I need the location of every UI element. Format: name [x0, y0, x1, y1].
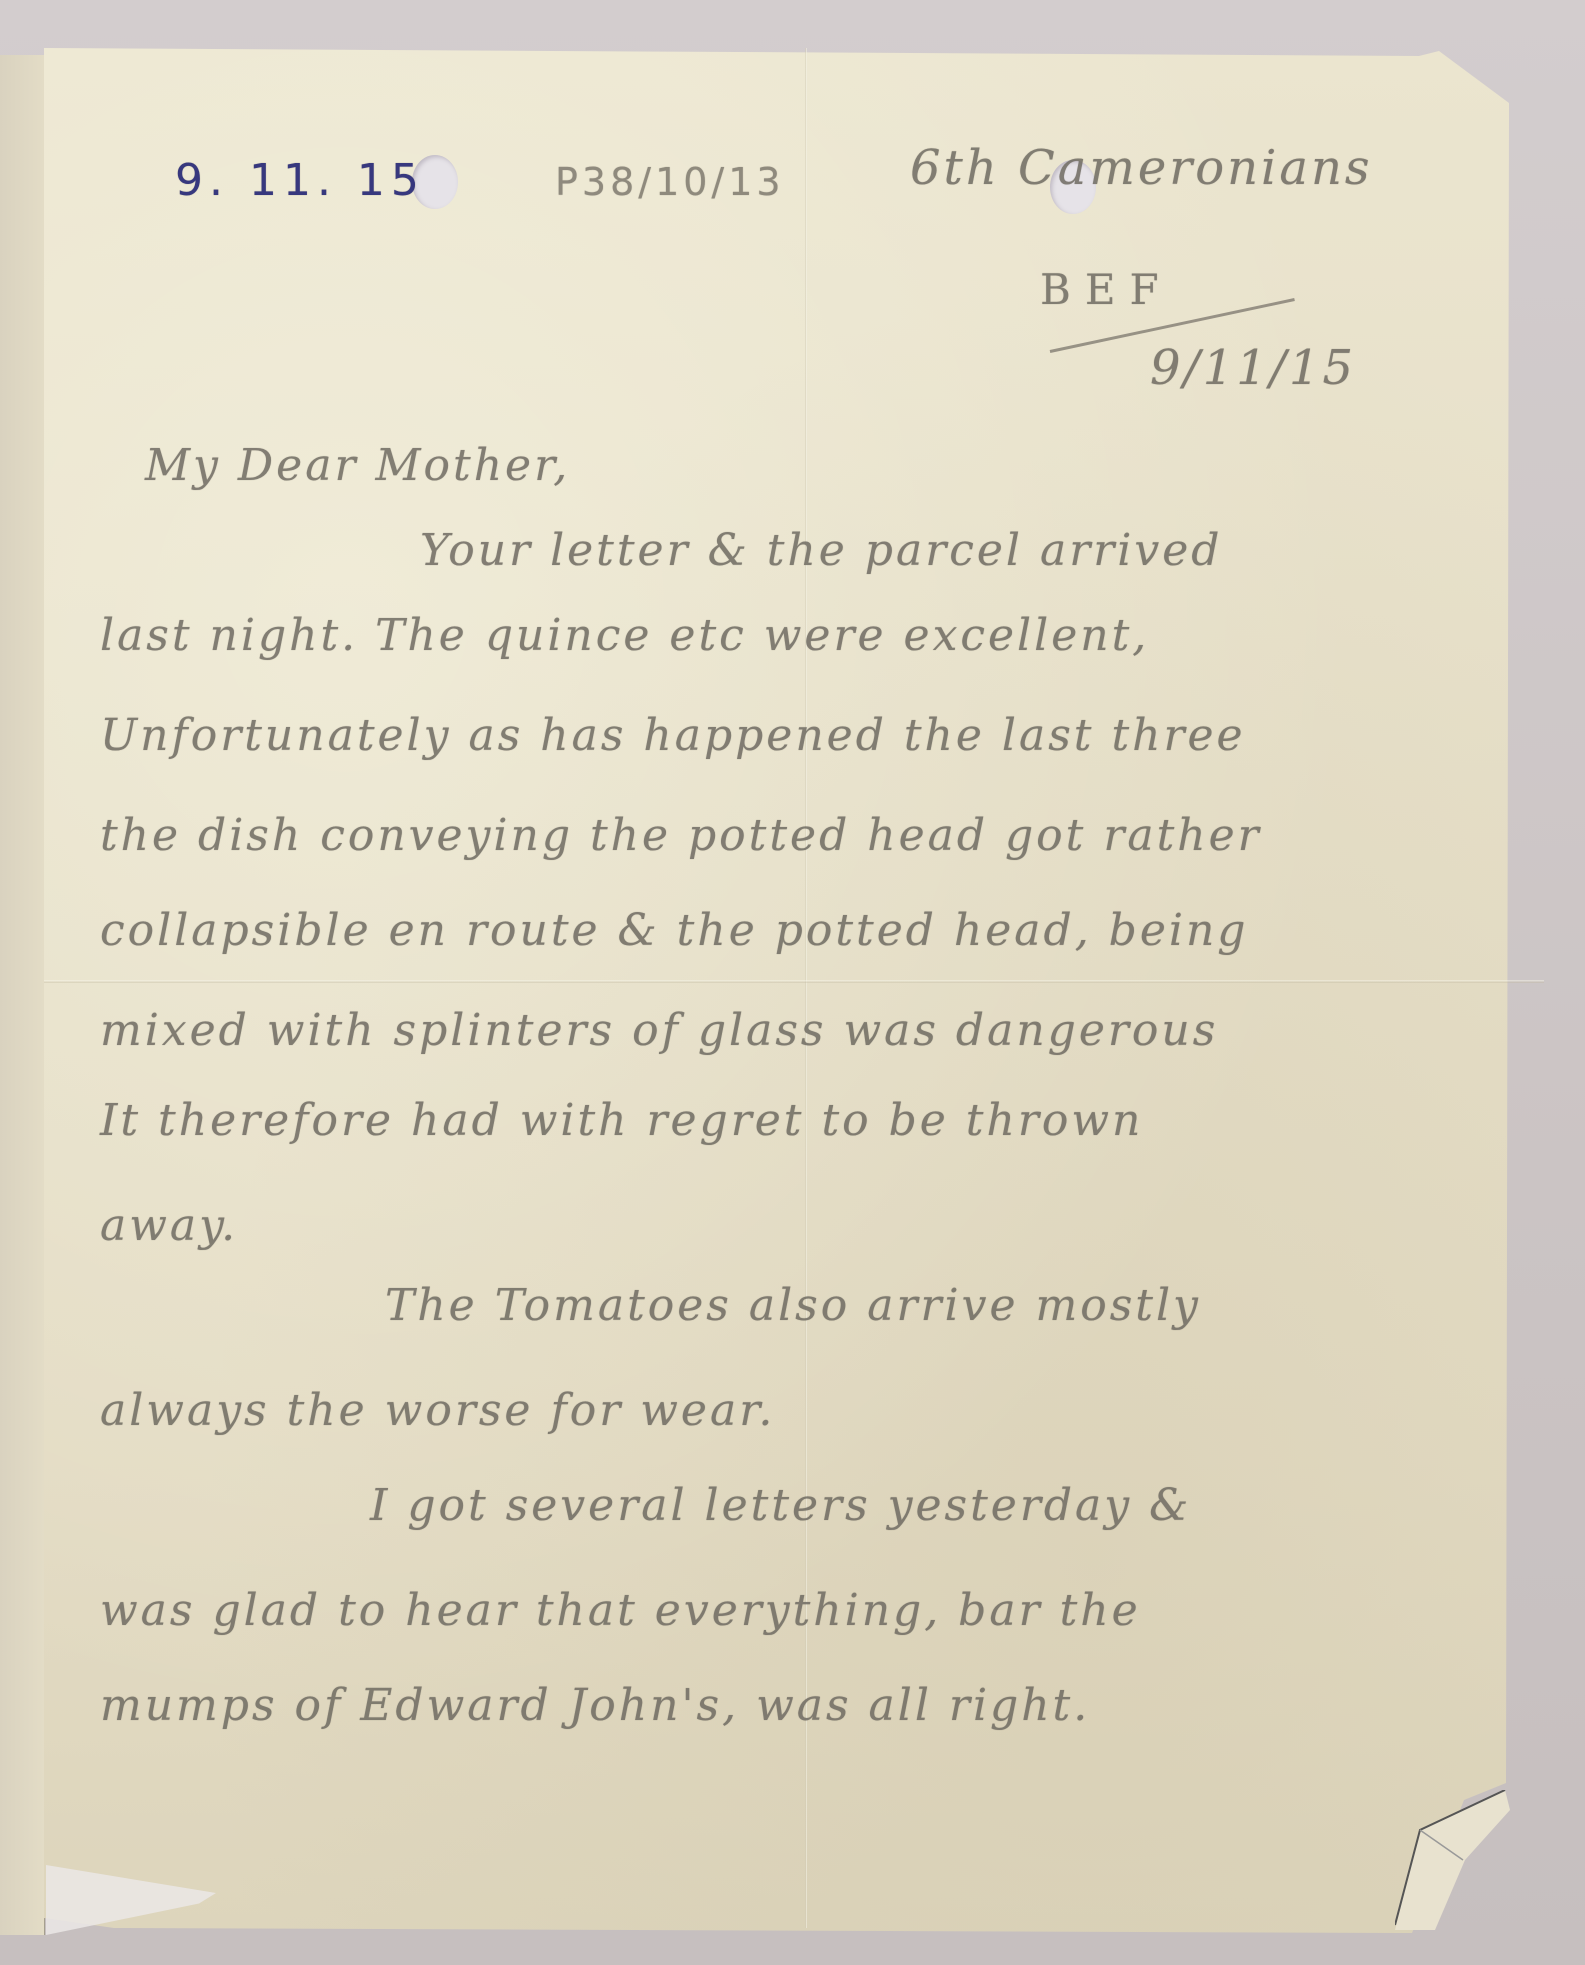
letter-line: always the worse for wear.	[100, 1385, 775, 1436]
letter-line: mixed with splinters of glass was danger…	[100, 1005, 1218, 1056]
salutation: My Dear Mother,	[145, 440, 570, 491]
letter-line: was glad to hear that everything, bar th…	[100, 1585, 1141, 1636]
archive-reference: P38/10/13	[555, 160, 785, 204]
letter-line: the dish conveying the potted head got r…	[100, 810, 1262, 861]
header-location: BEF	[1040, 265, 1173, 314]
letter-line: The Tomatoes also arrive mostly	[385, 1280, 1201, 1331]
letter-line: It therefore had with regret to be throw…	[100, 1095, 1143, 1146]
letter-line: I got several letters yesterday &	[370, 1480, 1191, 1531]
letter-paper	[44, 48, 1544, 1936]
vertical-fold-crease	[805, 48, 807, 1928]
letter-line: away.	[100, 1200, 238, 1251]
letter-line: mumps of Edward John's, was all right.	[100, 1680, 1090, 1731]
folded-corner-icon	[1395, 1790, 1515, 1930]
letter-line: collapsible en route & the potted head, …	[100, 905, 1248, 956]
header-unit: 6th Cameronians	[910, 140, 1373, 196]
letter-line: Unfortunately as has happened the last t…	[100, 710, 1246, 761]
folded-page-edge	[0, 55, 45, 1935]
header-date: 9/11/15	[1150, 340, 1356, 396]
archive-date: 9. 11. 15	[175, 155, 425, 206]
horizontal-fold-crease	[44, 980, 1544, 983]
letter-line: Your letter & the parcel arrived	[420, 525, 1222, 576]
letter-line: last night. The quince etc were excellen…	[100, 610, 1149, 661]
